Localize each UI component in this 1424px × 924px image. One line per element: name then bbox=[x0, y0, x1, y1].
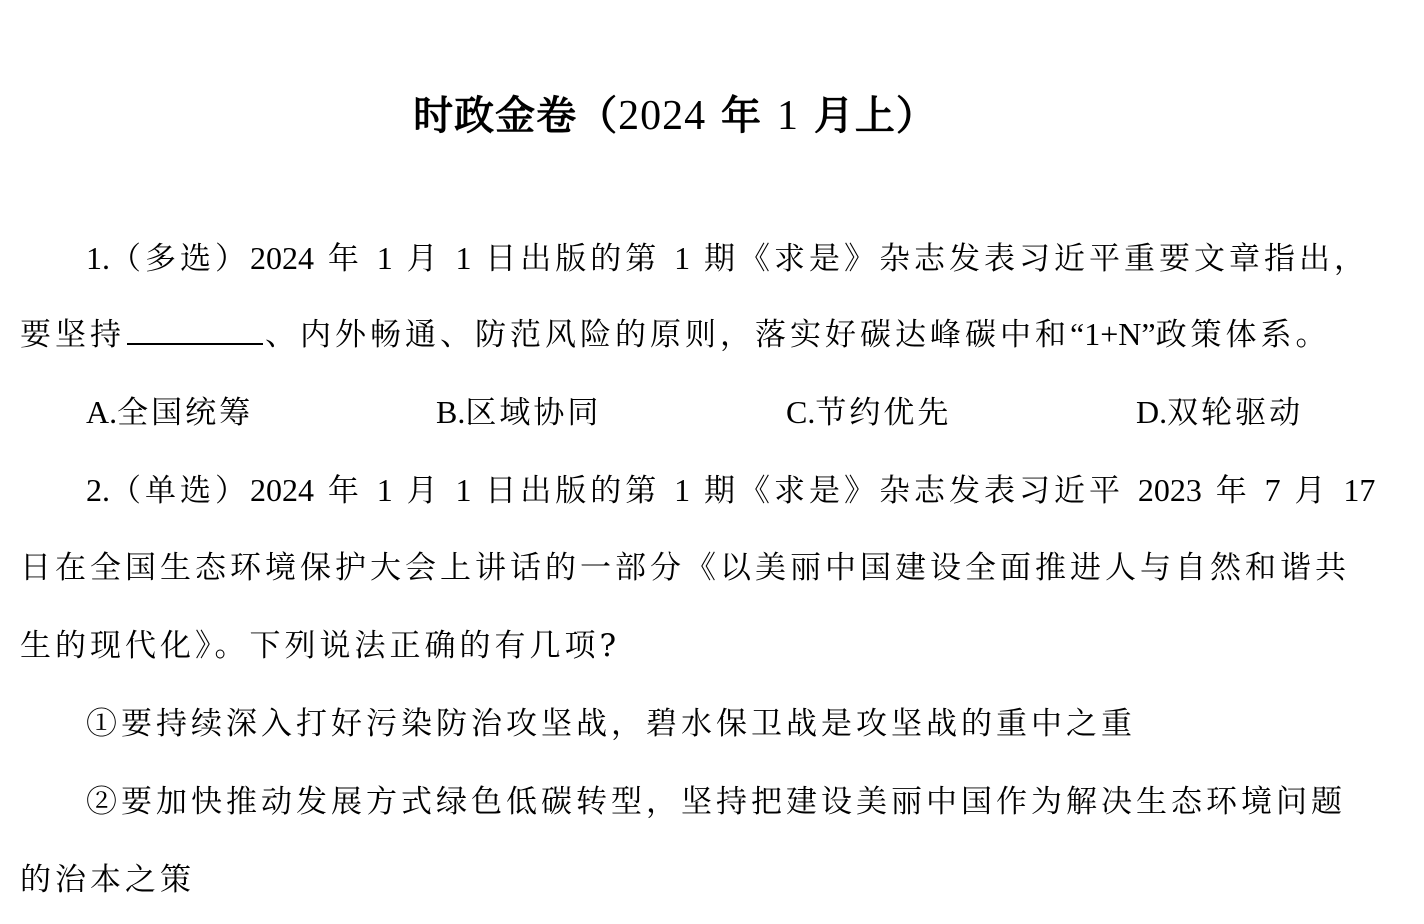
question-2-line-1: 2.（单选）2024 年 1 月 1 日出版的第 1 期《求是》杂志发表习近平 … bbox=[86, 470, 1375, 510]
option-b: B.区域协同 bbox=[436, 392, 601, 433]
question-type: （多选） bbox=[110, 241, 250, 277]
question-number: 2. bbox=[86, 472, 110, 508]
question-type: （单选） bbox=[110, 473, 250, 509]
option-d: D.双轮驱动 bbox=[1136, 392, 1303, 433]
option-c: C.节约优先 bbox=[786, 392, 951, 433]
option-a: A.全国统筹 bbox=[86, 392, 253, 433]
document-title: 时政金卷（2024 年 1 月上） bbox=[0, 88, 1350, 144]
fill-in-blank bbox=[127, 315, 263, 345]
question-1-options: A.全国统筹 B.区域协同 C.节约优先 D.双轮驱动 bbox=[86, 392, 1386, 432]
question-2-line-3: 生的现代化》。下列说法正确的有几项? bbox=[20, 626, 620, 666]
question-1-line-2: 要坚持、内外畅通、防范风险的原则，落实好碳达峰碳中和“1+N”政策体系。 bbox=[20, 314, 1331, 354]
question-number: 1. bbox=[86, 240, 110, 276]
question-2-line-2: 日在全国生态环境保护大会上讲话的一部分《以美丽中国建设全面推进人与自然和谐共 bbox=[20, 548, 1350, 588]
question-1-line-1: 1.（多选）2024 年 1 月 1 日出版的第 1 期《求是》杂志发表习近平重… bbox=[86, 238, 1369, 278]
statement-2-line-2: 的治本之策 bbox=[20, 860, 195, 900]
statement-marker: ② bbox=[86, 784, 121, 820]
statement-marker: ① bbox=[86, 706, 121, 742]
statement-2-line-1: ②要加快推动发展方式绿色低碳转型，坚持把建设美丽中国作为解决生态环境问题 bbox=[86, 782, 1346, 822]
statement-1: ①要持续深入打好污染防治攻坚战，碧水保卫战是攻坚战的重中之重 bbox=[86, 704, 1136, 744]
